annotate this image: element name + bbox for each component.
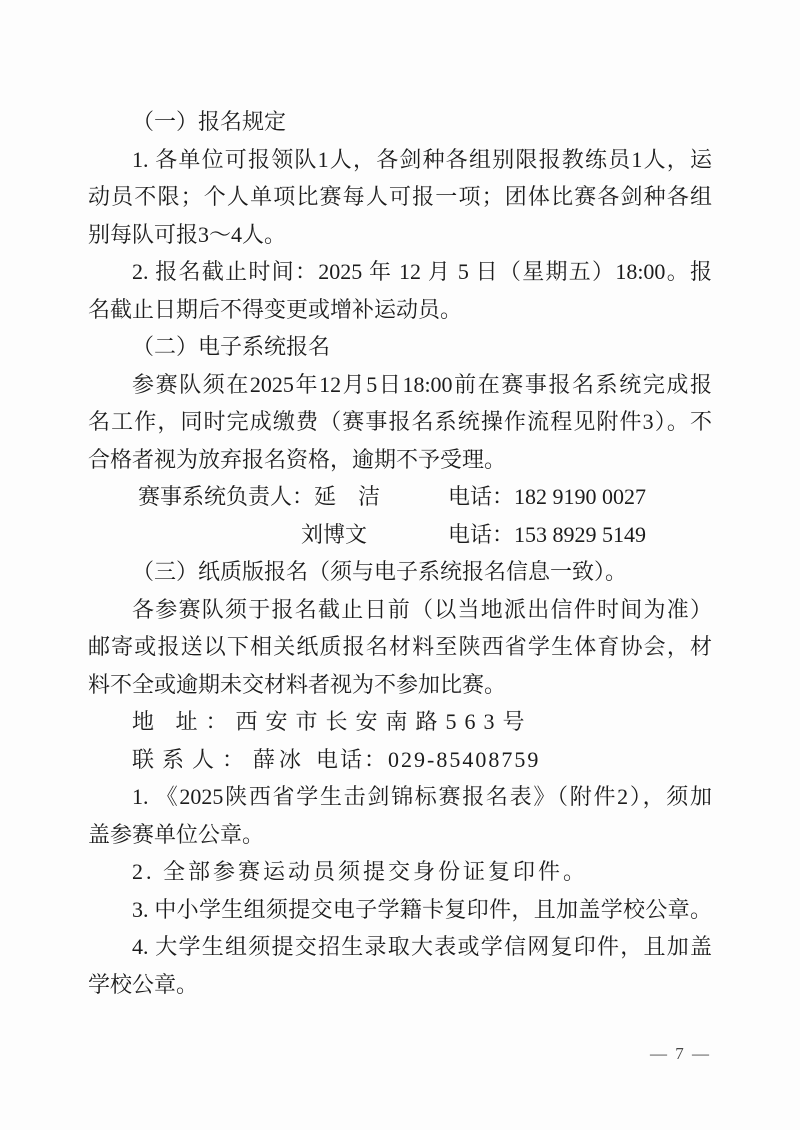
para-paper-line-3: 料不全或逾期未交材料者视为不参加比赛。: [88, 666, 712, 704]
para-paper-line-1: 各参赛队须于报名截止日前（以当地派出信件时间为准）: [88, 591, 712, 629]
page-number: — 7 —: [650, 1042, 711, 1066]
contact-row-system-manager-2: 刘博文 电话：153 8929 5149: [88, 516, 712, 554]
contact-row-system-manager-1: 赛事系统负责人：延 洁 电话：182 9190 0027: [88, 478, 712, 516]
contact-phone: 电话：182 9190 0027: [448, 478, 646, 516]
address-row: 地 址：西安市长安南路563号: [88, 703, 712, 741]
para-deadline-line-2: 名截止日期后不得变更或增补运动员。: [88, 291, 712, 329]
section-heading-1: （一）报名规定: [88, 103, 712, 141]
para-rules-line-3: 别每队可报3～4人。: [88, 216, 712, 254]
contact-phone: 电话：153 8929 5149: [448, 516, 646, 554]
para-esystem-line-1: 参赛队须在2025年12月5日18:00前在赛事报名系统完成报: [88, 366, 712, 404]
contact-name: 刘博文: [301, 516, 367, 554]
contact-label-and-name: 赛事系统负责人：延 洁: [138, 478, 380, 516]
para-materials-2: 2. 全部参赛运动员须提交身份证复印件。: [88, 853, 712, 891]
document-page: （一）报名规定 1. 各单位可报领队1人，各剑种各组别限报教练员1人，运 动员不…: [0, 0, 800, 1130]
para-esystem-line-2: 名工作，同时完成缴费（赛事报名系统操作流程见附件3）。不: [88, 403, 712, 441]
para-rules-line-1: 1. 各单位可报领队1人，各剑种各组别限报教练员1人，运: [88, 141, 712, 179]
para-paper-line-2: 邮寄或报送以下相关纸质报名材料至陕西省学生体育协会，材: [88, 628, 712, 666]
contact-label: 联系人：: [132, 741, 252, 779]
para-rules-line-2: 动员不限；个人单项比赛每人可报一项；团体比赛各剑种各组: [88, 178, 712, 216]
para-materials-4-line-2: 学校公章。: [88, 966, 712, 1004]
contact-row-liaison: 联系人： 薛冰 电话：029-85408759: [88, 741, 712, 779]
contact-name: 薛冰: [253, 741, 305, 779]
section-heading-2: （二）电子系统报名: [88, 328, 712, 366]
para-materials-4-line-1: 4. 大学生组须提交招生录取大表或学信网复印件，且加盖: [88, 928, 712, 966]
contact-phone: 电话：029-85408759: [316, 741, 540, 779]
section-heading-3: （三）纸质版报名（须与电子系统报名信息一致）。: [88, 553, 712, 591]
para-materials-3: 3. 中小学生组须提交电子学籍卡复印件，且加盖学校公章。: [88, 891, 712, 929]
para-materials-1-line-2: 盖参赛单位公章。: [88, 816, 712, 854]
para-deadline-line-1: 2. 报名截止时间：2025 年 12 月 5 日（星期五）18:00。报: [88, 253, 712, 291]
para-esystem-line-3: 合格者视为放弃报名资格，逾期不予受理。: [88, 441, 712, 479]
para-materials-1-line-1: 1. 《2025陕西省学生击剑锦标赛报名表》（附件2），须加: [88, 778, 712, 816]
document-body: （一）报名规定 1. 各单位可报领队1人，各剑种各组别限报教练员1人，运 动员不…: [88, 103, 712, 1003]
